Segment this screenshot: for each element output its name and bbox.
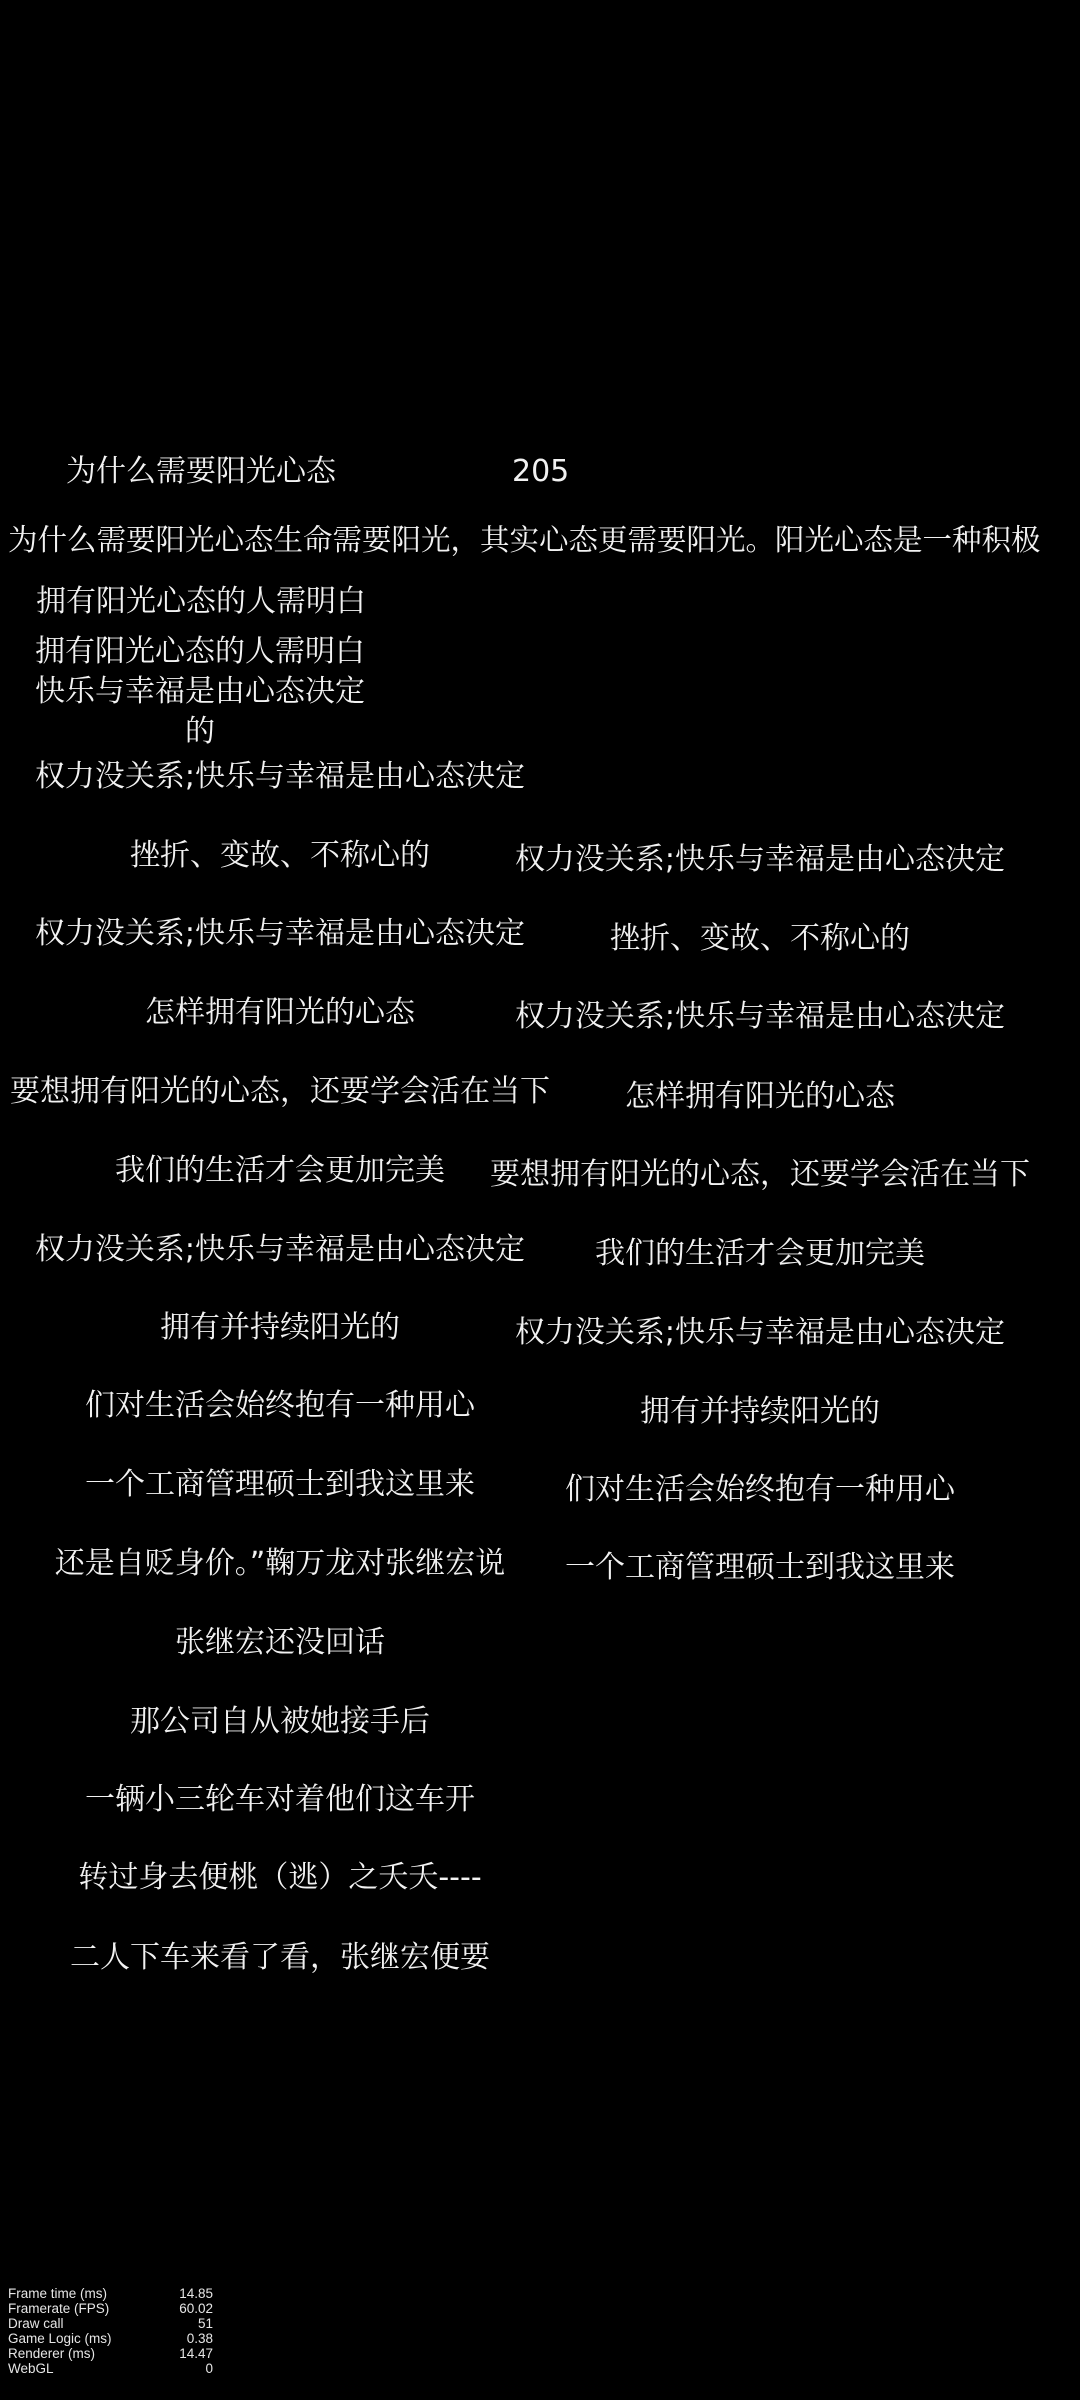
list-item-multiline[interactable]: 拥有阳光心态的人需明白 快乐与幸福是由心态决定 的 [0,632,400,752]
debug-stats-panel: Frame time (ms) 14.85 Framerate (FPS) 60… [8,2286,213,2376]
list-item[interactable]: 一个工商管理硕士到我这里来 [0,1467,560,1503]
stat-row-renderer: Renderer (ms) 14.47 [8,2346,213,2361]
list-item-line: 的 [0,712,400,752]
list-item-line: 拥有阳光心态的人需明白 [0,632,400,672]
list-item[interactable]: 还是自贬身价。”鞠万龙对张继宏说 [0,1546,560,1582]
stat-label: Game Logic (ms) [8,2331,112,2346]
stat-value: 0.38 [187,2331,213,2346]
list-item[interactable]: 权力没关系;快乐与幸福是由心态决定 [0,916,560,952]
list-item[interactable]: 权力没关系;快乐与幸福是由心态决定 [0,759,560,795]
list-item[interactable]: 一辆小三轮车对着他们这车开 [0,1782,560,1818]
stat-label: Framerate (FPS) [8,2301,109,2316]
stat-label: Draw call [8,2316,64,2331]
stat-row-frame-time: Frame time (ms) 14.85 [8,2286,213,2301]
stat-row-webgl: WebGL 0 [8,2361,213,2376]
list-item[interactable]: 我们的生活才会更加完美 [0,1153,560,1189]
stat-label: Frame time (ms) [8,2286,107,2301]
stat-row-framerate: Framerate (FPS) 60.02 [8,2301,213,2316]
list-item[interactable]: 那公司自从被她接手后 [0,1704,560,1740]
stat-row-draw-call: Draw call 51 [8,2316,213,2331]
list-item-line: 快乐与幸福是由心态决定 [0,672,400,712]
page-title: 为什么需要阳光心态 [66,454,336,490]
count-label: 205 [512,454,569,490]
list-item[interactable]: 权力没关系;快乐与幸福是由心态决定 [480,842,1040,878]
stat-label: Renderer (ms) [8,2346,95,2361]
list-item[interactable]: 挫折、变故、不称心的 [0,838,560,874]
list-item[interactable]: 们对生活会始终抱有一种用心 [480,1472,1040,1508]
stat-label: WebGL [8,2361,54,2376]
intro-line: 为什么需要阳光心态生命需要阳光，其实心态更需要阳光。阳光心态是一种积极 [8,522,1041,558]
stat-value: 0 [205,2361,213,2376]
list-item[interactable]: 要想拥有阳光的心态，还要学会活在当下 [0,1074,560,1110]
list-item[interactable]: 一个工商管理硕士到我这里来 [480,1550,1040,1586]
list-item[interactable]: 拥有并持续阳光的 [0,1310,560,1346]
list-item[interactable]: 权力没关系;快乐与幸福是由心态决定 [480,1315,1040,1351]
list-item[interactable]: 怎样拥有阳光的心态 [480,1079,1040,1115]
list-item[interactable]: 转过身去便桃（逃）之夭夭---- [0,1860,560,1896]
stat-value: 14.47 [179,2346,213,2361]
list-item[interactable]: 我们的生活才会更加完美 [480,1236,1040,1272]
list-item[interactable]: 怎样拥有阳光的心态 [0,995,560,1031]
stat-value: 51 [198,2316,213,2331]
list-item[interactable]: 挫折、变故、不称心的 [480,921,1040,957]
list-item[interactable]: 张继宏还没回话 [0,1625,560,1661]
list-item[interactable]: 要想拥有阳光的心态，还要学会活在当下 [480,1157,1040,1193]
stat-row-game-logic: Game Logic (ms) 0.38 [8,2331,213,2346]
list-item[interactable]: 拥有并持续阳光的 [480,1394,1040,1430]
list-item[interactable]: 权力没关系;快乐与幸福是由心态决定 [0,1232,560,1268]
list-item[interactable]: 二人下车来看了看，张继宏便要 [0,1940,560,1976]
stat-value: 14.85 [179,2286,213,2301]
list-item[interactable]: 们对生活会始终抱有一种用心 [0,1388,560,1424]
stat-value: 60.02 [179,2301,213,2316]
list-item[interactable]: 权力没关系;快乐与幸福是由心态决定 [480,999,1040,1035]
list-item[interactable]: 拥有阳光心态的人需明白 [36,584,366,620]
